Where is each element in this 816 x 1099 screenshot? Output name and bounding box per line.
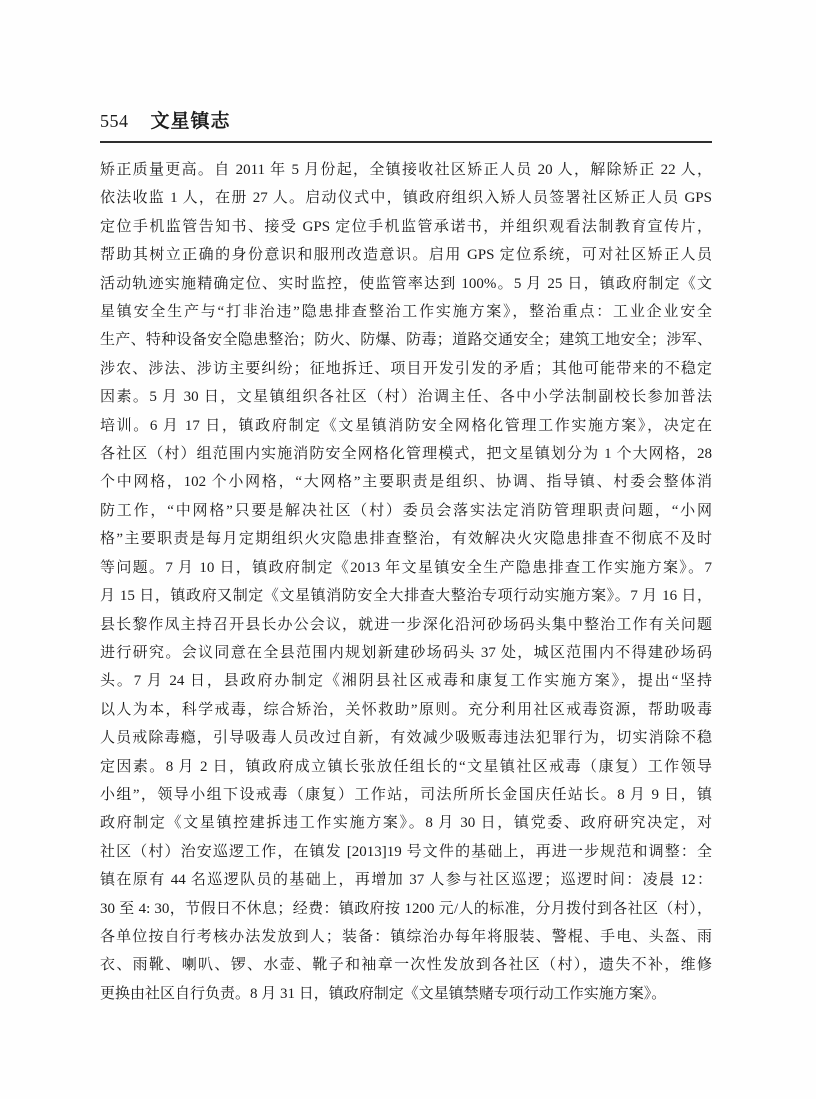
text-line: 头。7 月 24 日，县政府办制定《湘阴县社区戒毒和康复工作实施方案》，提出“坚… xyxy=(100,667,712,695)
text-line: 镇在原有 44 名巡逻队员的基础上，再增加 37 人参与社区巡逻；巡逻时间：凌晨… xyxy=(100,866,712,894)
text-line: 防工作，“中网格”只要是解决社区（村）委员会落实法定消防管理职责问题，“小网 xyxy=(100,497,712,525)
page-number: 554 xyxy=(100,111,129,132)
text-line: 格”主要职责是每月定期组织火灾隐患排查整治，有效解决火灾隐患排查不彻底不及时 xyxy=(100,525,712,553)
text-line: 活动轨迹实施精确定位、实时监控，使监管率达到 100%。5 月 25 日，镇政府… xyxy=(100,270,712,298)
text-line: 培训。6 月 17 日，镇政府制定《文星镇消防安全网格化管理工作实施方案》，决定… xyxy=(100,412,712,440)
text-line: 依法收监 1 人，在册 27 人。启动仪式中，镇政府组织入矫人员签署社区矫正人员… xyxy=(100,184,712,212)
text-line: 人员戒除毒瘾，引导吸毒人员改过自新，有效减少吸贩毒违法犯罪行为，切实消除不稳 xyxy=(100,724,712,752)
text-line: 个中网格，102 个小网格，“大网格”主要职责是组织、协调、指导镇、村委会整体消 xyxy=(100,468,712,496)
text-line: 帮助其树立正确的身份意识和服刑改造意识。启用 GPS 定位系统，可对社区矫正人员 xyxy=(100,241,712,269)
text-line: 更换由社区自行负责。8 月 31 日，镇政府制定《文星镇禁赌专项行动工作实施方案… xyxy=(100,980,712,1008)
text-line: 涉农、涉法、涉访主要纠纷；征地拆迁、项目开发引发的矛盾；其他可能带来的不稳定 xyxy=(100,355,712,383)
text-line: 月 15 日，镇政府又制定《文星镇消防安全大排查大整治专项行动实施方案》。7 月… xyxy=(100,582,712,610)
text-line: 矫正质量更高。自 2011 年 5 月份起，全镇接收社区矫正人员 20 人，解除… xyxy=(100,156,712,184)
document-page: 554 文星镇志 矫正质量更高。自 2011 年 5 月份起，全镇接收社区矫正人… xyxy=(0,0,816,1099)
text-line: 定位手机监管告知书、接受 GPS 定位手机监管承诺书，并组织观看法制教育宣传片， xyxy=(100,213,712,241)
text-line: 进行研究。会议同意在全县范围内规划新建砂场码头 37 处，城区范围内不得建砂场码 xyxy=(100,639,712,667)
text-line: 政府制定《文星镇控建拆违工作实施方案》。8 月 30 日，镇党委、政府研究决定，… xyxy=(100,809,712,837)
text-line: 县长黎作凤主持召开县长办公会议，就进一步深化沿河砂场码头集中整治工作有关问题 xyxy=(100,611,712,639)
book-title: 文星镇志 xyxy=(151,106,231,133)
page-header: 554 文星镇志 xyxy=(100,106,712,143)
text-line: 因素。5 月 30 日，文星镇组织各社区（村）治调主任、各中小学法制副校长参加普… xyxy=(100,383,712,411)
text-line: 星镇安全生产与“打非治违”隐患排查整治工作实施方案》，整治重点：工业企业安全 xyxy=(100,298,712,326)
text-line: 以人为本，科学戒毒，综合矫治，关怀救助”原则。充分利用社区戒毒资源，帮助吸毒 xyxy=(100,696,712,724)
text-line: 社区（村）治安巡逻工作，在镇发 [2013]19 号文件的基础上，再进一步规范和… xyxy=(100,838,712,866)
text-line: 等问题。7 月 10 日，镇政府制定《2013 年文星镇安全生产隐患排查工作实施… xyxy=(100,554,712,582)
text-line: 小组”，领导小组下设戒毒（康复）工作站，司法所所长金国庆任站长。8 月 9 日，… xyxy=(100,781,712,809)
text-line: 衣、雨靴、喇叭、锣、水壶、靴子和袖章一次性发放到各社区（村），遗失不补，维修 xyxy=(100,951,712,979)
text-line: 生产、特种设备安全隐患整治；防火、防爆、防毒；道路交通安全；建筑工地安全；涉军、 xyxy=(100,326,712,354)
text-line: 各单位按自行考核办法发放到人；装备：镇综治办每年将服装、警棍、手电、头盔、雨 xyxy=(100,923,712,951)
text-line: 30 至 4: 30，节假日不休息；经费：镇政府按 1200 元/人的标准，分月… xyxy=(100,895,712,923)
text-line: 各社区（村）组范围内实施消防安全网格化管理模式，把文星镇划分为 1 个大网格，2… xyxy=(100,440,712,468)
text-line: 定因素。8 月 2 日，镇政府成立镇长张放任组长的“文星镇社区戒毒（康复）工作领… xyxy=(100,753,712,781)
body-text: 矫正质量更高。自 2011 年 5 月份起，全镇接收社区矫正人员 20 人，解除… xyxy=(100,156,712,1008)
